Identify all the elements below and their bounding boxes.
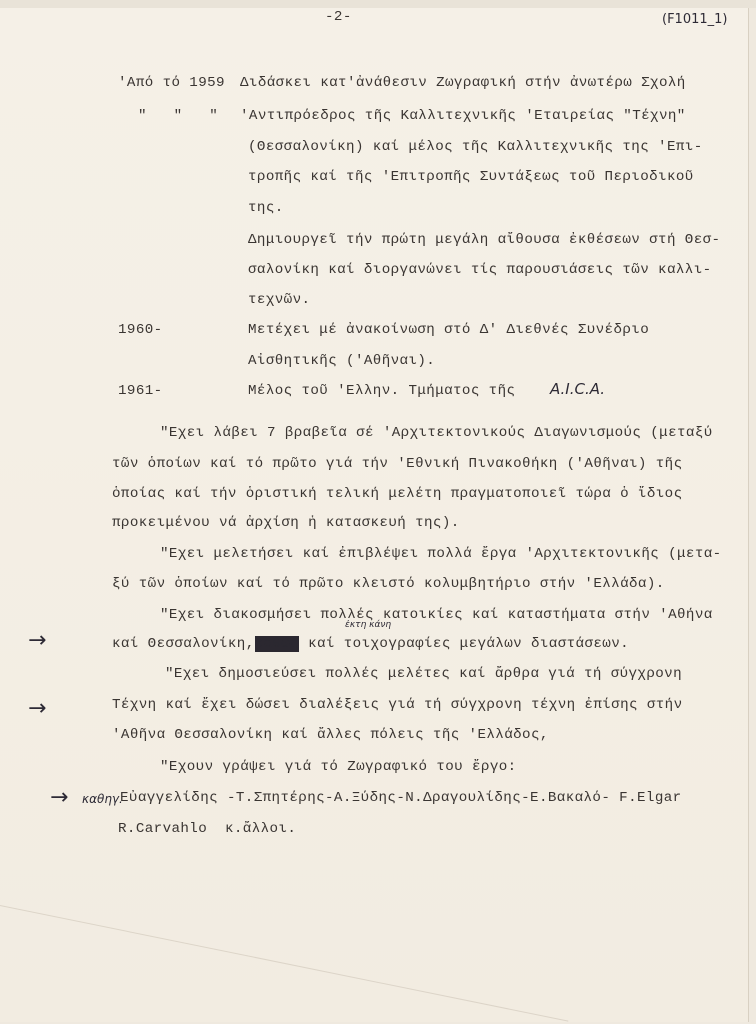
struck-out-word: καθώς: [255, 636, 300, 652]
paragraph-line: "Εχουν γράψει γιά τό Ζωγραφικό του ἔργο:: [160, 759, 517, 775]
entry-text: Αἰσθητικῆς ('Αθῆναι).: [248, 353, 435, 369]
entry-year-ditto: " " ": [138, 108, 218, 124]
page-top-edge: [0, 0, 756, 8]
margin-arrow-icon: →: [28, 628, 46, 653]
paragraph-line: Τέχνη καί ἔχει δώσει διαλέξεις γιά τή σύ…: [112, 697, 683, 713]
entry-year: 'Από τό 1959: [118, 75, 225, 91]
paragraph-line: ξύ τῶν ὁποίων καί τό πρῶτο κλειστό κολυμ…: [112, 576, 665, 592]
paragraph-line: "Εχει διακοσμήσει πολλές κατοικίες καί κ…: [160, 607, 713, 623]
handwritten-prefix: καθηγ.: [82, 792, 123, 806]
page-number: -2-: [325, 9, 352, 25]
paragraph-line: τῶν ὁποίων καί τό πρῶτο γιά τήν 'Εθνική …: [112, 456, 683, 472]
entry-text: τροπῆς καί τῆς 'Επιτροπῆς Συντάξεως τοῦ …: [248, 169, 694, 185]
paragraph-line: προκειμένου νά ἀρχίση ἡ κατασκευή της).: [112, 515, 460, 531]
entry-text: Διδάσκει κατ'ἀνάθεσιν Ζωγραφική στήν ἀνω…: [240, 75, 686, 91]
paragraph-line: "Εχει λάβει 7 βραβεῖα σέ 'Αρχιτεκτονικού…: [160, 425, 713, 441]
entry-text: Μετέχει μέ ἀνακοίνωση στό Δ' Διεθνές Συν…: [248, 322, 649, 338]
text-segment: καί τοιχογραφίες μεγάλων διαστάσεων.: [299, 636, 629, 652]
paragraph-line: ὁποίας καί τήν ὁριστική τελική μελέτη πρ…: [112, 486, 683, 502]
entry-text: της.: [248, 200, 284, 216]
text-segment: καί Θεσσαλονίκη,: [112, 636, 255, 652]
paragraph-line: "Εχει δημοσιεύσει πολλές μελέτες καί ἄρθ…: [165, 666, 682, 682]
paragraph-line: "Εχει μελετήσει καί ἐπιβλέψει πολλά ἔργα…: [160, 546, 722, 562]
entry-text: (Θεσσαλονίκη) καί μέλος τῆς Καλλιτεχνικῆ…: [248, 139, 703, 155]
handwritten-aica: A.I.C.A.: [550, 380, 605, 398]
entry-text: τεχνῶν.: [248, 292, 310, 308]
entry-text: Δημιουργεῖ τήν πρώτη μεγάλη αἴθουσα ἐκθέ…: [248, 232, 720, 248]
paragraph-line: καί Θεσσαλονίκη,καθώς καί τοιχογραφίες μ…: [112, 636, 629, 652]
document-page: -2- (F1011_1) 'Από τό 1959 Διδάσκει κατ'…: [0, 0, 749, 1022]
margin-arrow-icon: →: [28, 696, 46, 721]
critics-list: Εὐαγγελίδης -Τ.Σπητέρης-Α.Ξύδης-Ν.Δραγου…: [120, 790, 682, 806]
margin-arrow-icon: →: [50, 785, 68, 810]
paragraph-line: 'Αθῆνα Θεσσαλονίκη καί ἄλλες πόλεις τῆς …: [112, 727, 549, 743]
handwritten-insertion: ἐκτη κάνη: [345, 620, 391, 630]
entry-text: σαλονίκη καί διοργανώνει τίς παρουσιάσει…: [248, 262, 712, 278]
entry-text: 'Αντιπρόεδρος τῆς Καλλιτεχνικῆς 'Εταιρεί…: [240, 108, 686, 124]
entry-year: 1961-: [118, 383, 163, 399]
archive-reference: (F1011_1): [662, 12, 727, 27]
paper-fold-crease: [0, 905, 568, 1022]
entry-year: 1960-: [118, 322, 163, 338]
entry-text: Μέλος τοῦ 'Ελλην. Τμήματος τῆς: [248, 383, 515, 399]
critics-list: R.Carvahlo κ.ἄλλοι.: [118, 821, 296, 837]
